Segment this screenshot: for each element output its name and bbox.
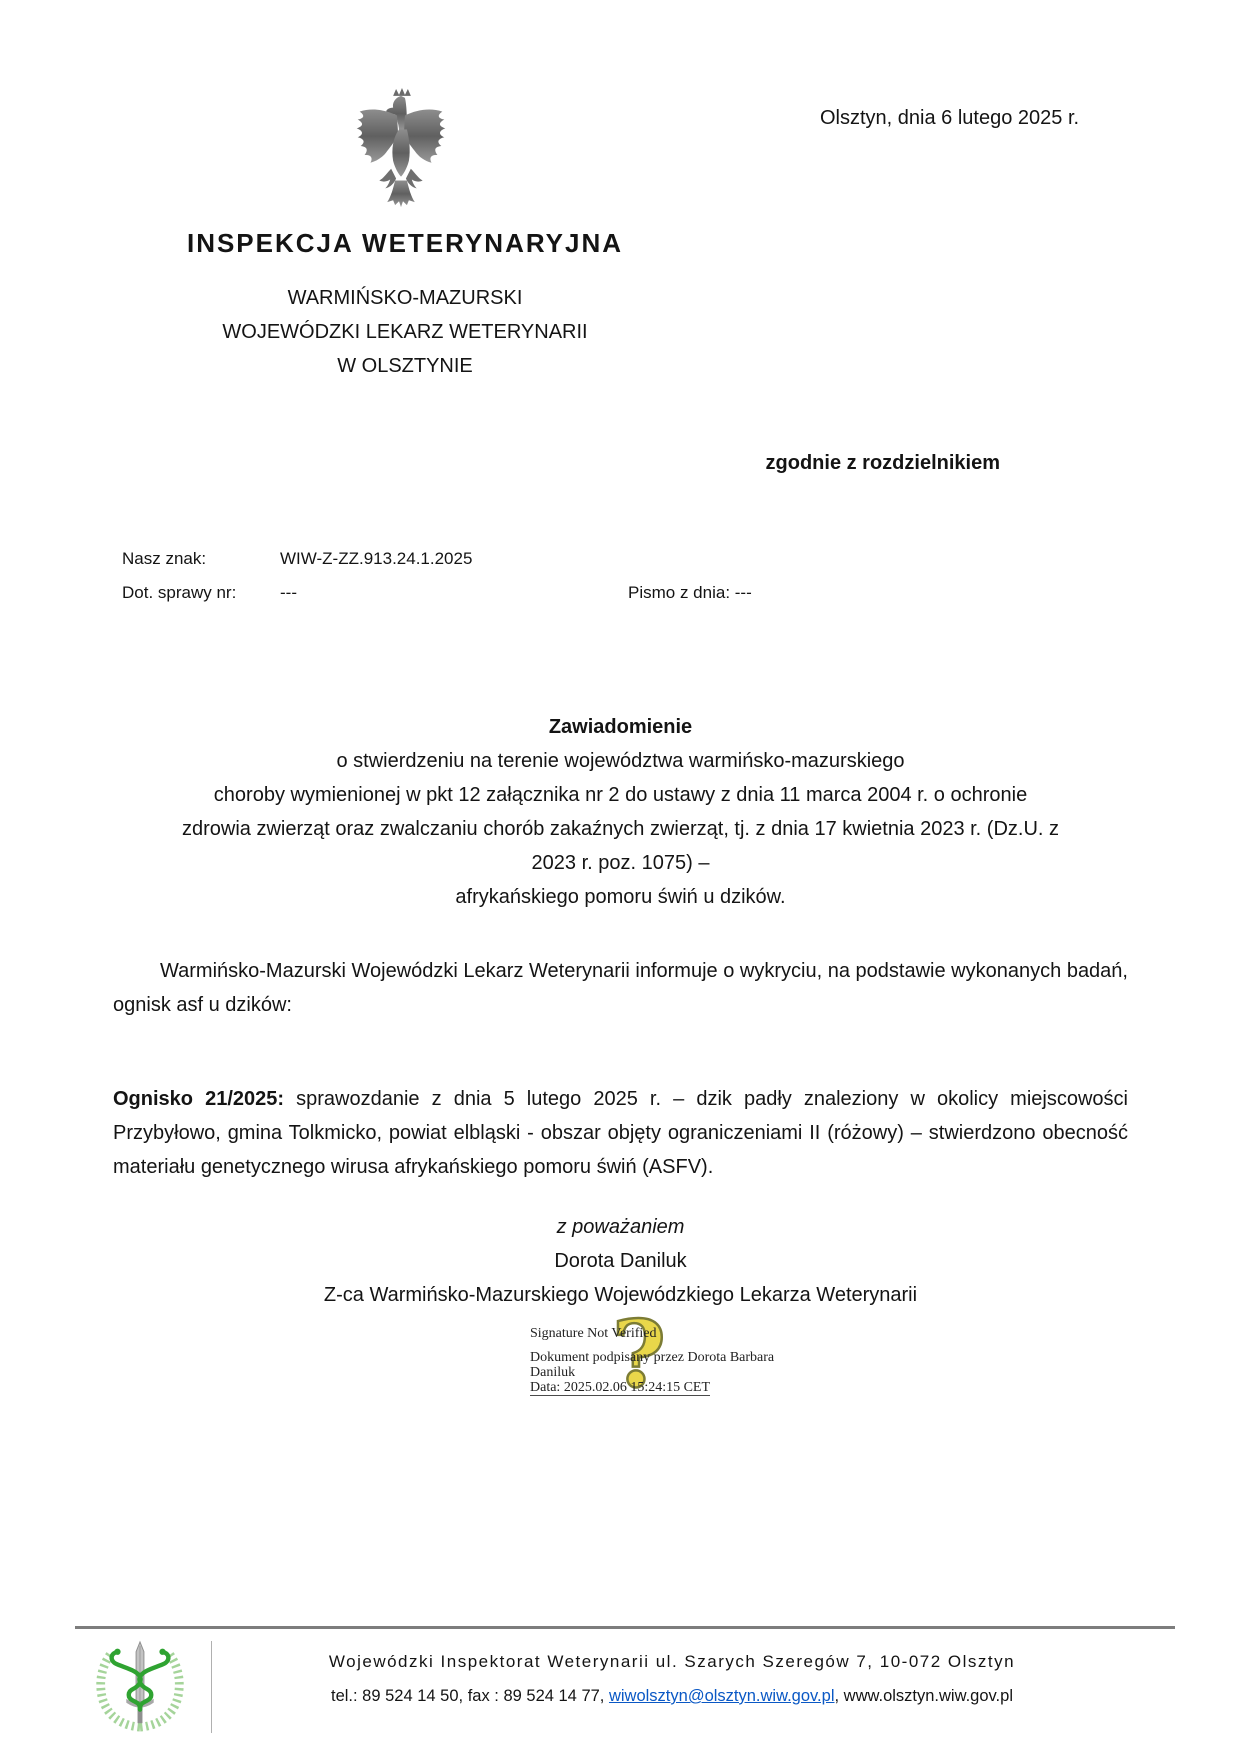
pismo-z-dnia: Pismo z dnia: --- — [628, 583, 752, 603]
footer-contact-prefix: tel.: 89 524 14 50, fax : 89 524 14 77, — [331, 1687, 609, 1705]
footer-divider — [211, 1641, 212, 1733]
outbreak-label: Ognisko 21/2025: — [113, 1088, 284, 1110]
date-line: Olsztyn, dnia 6 lutego 2025 r. — [820, 104, 1130, 132]
notice-line: choroby wymienionej w pkt 12 załącznika … — [113, 778, 1128, 812]
footer-address: Wojewódzki Inspektorat Weterynarii ul. S… — [240, 1652, 1104, 1672]
org-name: INSPEKCJA WETERYNARYJNA — [150, 228, 660, 259]
signature-stamp: Signature Not Verified Dokument podpisan… — [530, 1326, 830, 1396]
document-page: Olsztyn, dnia 6 lutego 2025 r. INSPEKCJA… — [0, 0, 1241, 1755]
veterinary-caduceus-logo — [90, 1639, 190, 1733]
office-line-3: W OLSZTYNIE — [150, 355, 660, 378]
notice-title: Zawiadomienie — [113, 710, 1128, 744]
footer-email-link[interactable]: wiwolsztyn@olsztyn.wiw.gov.pl — [609, 1687, 835, 1705]
stamp-date-line: Data: 2025.02.06 15:24:15 CET — [530, 1380, 710, 1396]
stamp-status: Signature Not Verified — [530, 1326, 830, 1341]
footer-rule — [75, 1626, 1175, 1629]
footer-contact-suffix: , www.olsztyn.wiw.gov.pl — [834, 1687, 1013, 1705]
notice-line: o stwierdzeniu na terenie województwa wa… — [113, 744, 1128, 778]
closing-block: z poważaniem Dorota Daniluk Z-ca Warmińs… — [113, 1210, 1128, 1312]
stamp-line-2: Daniluk — [530, 1365, 830, 1380]
office-line-1: WARMIŃSKO-MAZURSKI — [150, 287, 660, 310]
closing-salutation: z poważaniem — [113, 1210, 1128, 1244]
notice-line: afrykańskiego pomoru świń u dzików. — [113, 880, 1128, 914]
intro-paragraph: Warmińsko-Mazurski Wojewódzki Lekarz Wet… — [113, 954, 1128, 1022]
stamp-line-1: Dokument podpisany przez Dorota Barbara — [530, 1350, 830, 1365]
dot-sprawy-label: Dot. sprawy nr: — [122, 583, 236, 603]
nasz-znak-label: Nasz znak: — [122, 549, 206, 569]
signer-name: Dorota Daniluk — [113, 1244, 1128, 1278]
notice-line: zdrowia zwierząt oraz zwalczaniu chorób … — [113, 812, 1128, 846]
polish-eagle-emblem — [349, 86, 453, 214]
distribution-note: zgodnie z rozdzielnikiem — [590, 452, 1000, 475]
dot-sprawy-value: --- — [280, 583, 297, 603]
footer-contact: tel.: 89 524 14 50, fax : 89 524 14 77, … — [240, 1687, 1104, 1706]
notice-block: Zawiadomienie o stwierdzeniu na terenie … — [113, 710, 1128, 914]
office-line-2: WOJEWÓDZKI LEKARZ WETERYNARII — [150, 321, 660, 344]
nasz-znak-value: WIW-Z-ZZ.913.24.1.2025 — [280, 549, 472, 569]
outbreak-paragraph: Ognisko 21/2025: sprawozdanie z dnia 5 l… — [113, 1082, 1128, 1184]
notice-line: 2023 r. poz. 1075) – — [113, 846, 1128, 880]
